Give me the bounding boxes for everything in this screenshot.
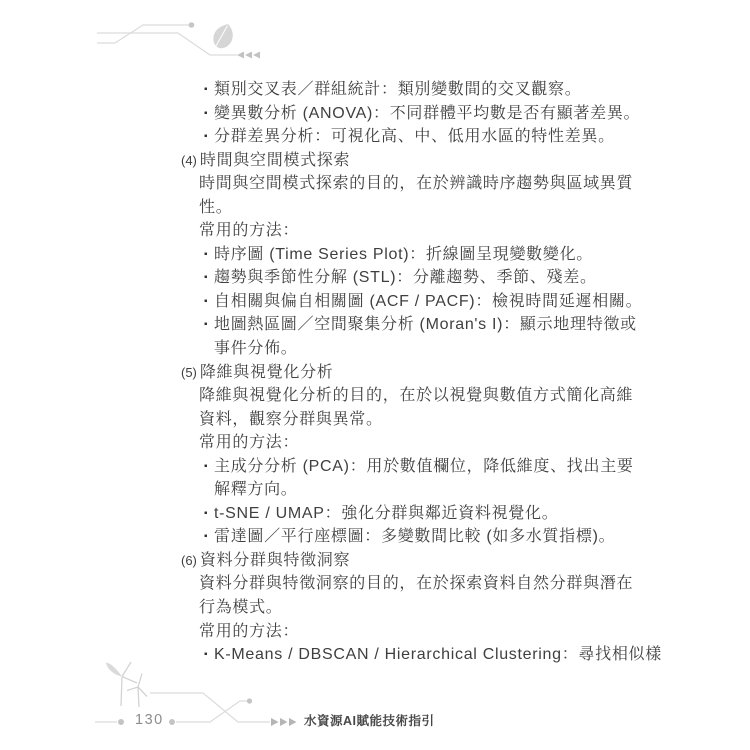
bottom-decoration [0,650,750,750]
bullet-icon: ▪ [204,290,208,314]
text-line-content: 性。 [199,199,232,216]
list-number: (4) [181,149,197,173]
text-line: 資料分群與特徵洞察的目的，在於探索資料自然分群與潛在 [181,572,701,596]
text-line: 解釋方向。 [181,478,701,502]
page-number: 130 [135,712,164,728]
text-line-content: 降維與視覺化分析的目的，在於以視覺與數值方式簡化高維 [199,387,633,404]
wind-turbine-icon [106,662,147,707]
book-page: ▪類別交叉表／群組統計：類別變數間的交叉觀察。▪變異數分析 (ANOVA)：不同… [0,0,750,750]
text-line: 資料，觀察分群與異常。 [181,408,701,432]
text-line: ▪變異數分析 (ANOVA)：不同群體平均數是否有顯著差異。 [181,102,701,126]
bullet-icon: ▪ [204,525,208,549]
text-line: ▪地圖熱區圖／空間聚集分析 (Moran's I)：顯示地理特徵或 [181,313,701,337]
top-decoration [0,0,750,70]
text-line-content: 常用的方法： [199,222,299,239]
text-line-content: 資料，觀察分群與異常。 [199,411,383,428]
text-line-content: 時間與空間模式探索 [200,152,350,169]
text-line-content: 時序圖 (Time Series Plot)：折線圖呈現變數變化。 [214,246,593,263]
right-arrows-icon [271,718,297,726]
text-line-content: 行為模式。 [199,599,283,616]
text-line-content: 事件分佈。 [214,340,298,357]
text-line-content: 地圖熱區圖／空間聚集分析 (Moran's I)：顯示地理特徵或 [214,316,637,333]
leaf-icon [213,24,232,48]
bullet-icon: ▪ [204,78,208,102]
text-line: ▪雷達圖／平行座標圖：多變數間比較 (如多水質指標)。 [181,525,701,549]
text-line: (4)時間與空間模式探索 [181,149,701,173]
text-line-content: 自相關與偏自相關圖 (ACF / PACF)：檢視時間延遲相關。 [214,293,642,310]
text-line-content: 主成分分析 (PCA)：用於數值欄位，降低維度、找出主要 [214,458,634,475]
text-line: (6)資料分群與特徵洞察 [181,549,701,573]
text-line-content: 資料分群與特徵洞察 [200,552,350,569]
text-line-content: 解釋方向。 [214,481,298,498]
text-line-content: 分群差異分析：可視化高、中、低用水區的特性差異。 [214,128,615,145]
text-line: 降維與視覺化分析的目的，在於以視覺與數值方式簡化高維 [181,384,701,408]
bullet-icon: ▪ [204,455,208,479]
bullet-icon: ▪ [204,102,208,126]
text-line-content: 降維與視覺化分析 [200,364,334,381]
text-line: ▪分群差異分析：可視化高、中、低用水區的特性差異。 [181,125,701,149]
text-line: 常用的方法： [181,431,701,455]
text-line: ▪趨勢與季節性分解 (STL)：分離趨勢、季節、殘差。 [181,266,701,290]
bullet-icon: ▪ [204,125,208,149]
text-line-content: 時間與空間模式探索的目的，在於辨識時序趨勢與區域異質 [199,175,633,192]
text-line: ▪主成分分析 (PCA)：用於數值欄位，降低維度、找出主要 [181,455,701,479]
text-line-content: 常用的方法： [199,623,299,640]
text-line-content: 類別交叉表／群組統計：類別變數間的交叉觀察。 [214,81,581,98]
body-text: ▪類別交叉表／群組統計：類別變數間的交叉觀察。▪變異數分析 (ANOVA)：不同… [181,78,701,667]
text-line: ▪類別交叉表／群組統計：類別變數間的交叉觀察。 [181,78,701,102]
text-line: 性。 [181,196,701,220]
text-line-content: 常用的方法： [199,434,299,451]
text-line-content: 變異數分析 (ANOVA)：不同群體平均數是否有顯著差異。 [214,105,640,122]
text-line: (5)降維與視覺化分析 [181,361,701,385]
list-number: (5) [181,361,197,385]
text-line: 常用的方法： [181,620,701,644]
left-arrows-icon [237,52,260,59]
text-line-content: 趨勢與季節性分解 (STL)：分離趨勢、季節、殘差。 [214,269,597,286]
text-line-content: 雷達圖／平行座標圖：多變數間比較 (如多水質指標)。 [214,528,615,545]
bullet-icon: ▪ [204,502,208,526]
text-line: ▪自相關與偏自相關圖 (ACF / PACF)：檢視時間延遲相關。 [181,290,701,314]
text-line: ▪t-SNE / UMAP：強化分群與鄰近資料視覺化。 [181,502,701,526]
bullet-icon: ▪ [204,313,208,337]
bullet-icon: ▪ [204,243,208,267]
text-line-content: 資料分群與特徵洞察的目的，在於探索資料自然分群與潛在 [199,575,633,592]
text-line: 常用的方法： [181,219,701,243]
text-line: ▪時序圖 (Time Series Plot)：折線圖呈現變數變化。 [181,243,701,267]
text-line-content: t-SNE / UMAP：強化分群與鄰近資料視覺化。 [214,505,558,522]
list-number: (6) [181,549,197,573]
footer-title: 水資源AI賦能技術指引 [304,711,435,729]
text-line: 時間與空間模式探索的目的，在於辨識時序趨勢與區域異質 [181,172,701,196]
circuit-dot-icon [189,22,195,28]
bullet-icon: ▪ [204,266,208,290]
text-line: 行為模式。 [181,596,701,620]
text-line: 事件分佈。 [181,337,701,361]
